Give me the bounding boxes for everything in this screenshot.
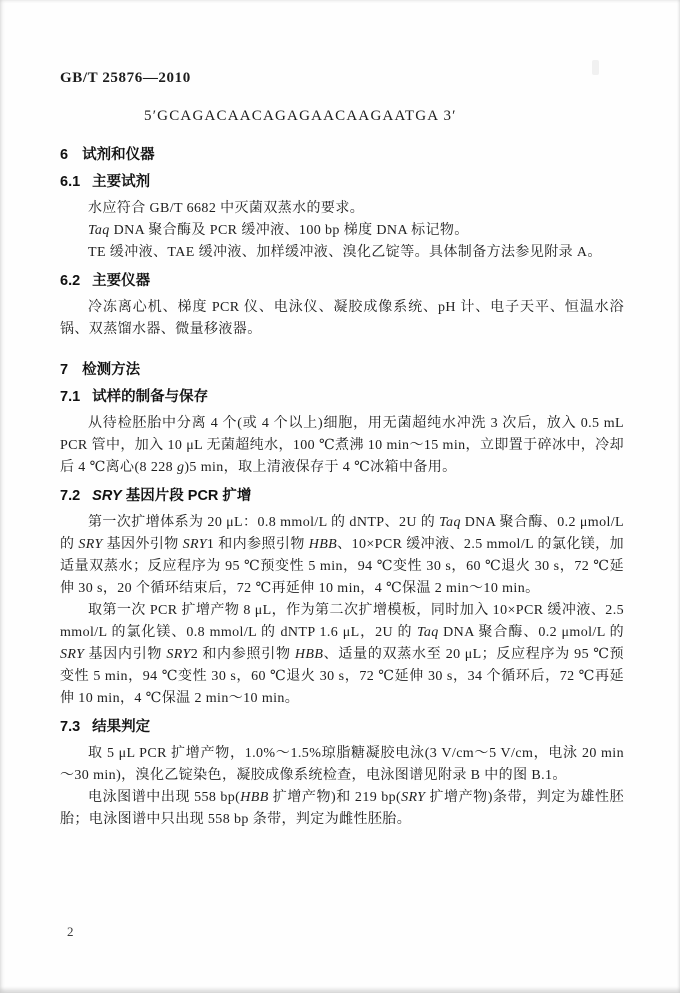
section-6-heading: 6试剂和仪器 bbox=[60, 146, 624, 165]
section-7-title: 检测方法 bbox=[82, 362, 140, 378]
section-6-2-title: 主要仪器 bbox=[92, 273, 150, 289]
para-buffers: TE 缓冲液、TAE 缓冲液、加样缓冲液、溴化乙锭等。具体制备方法参见附录 A。 bbox=[60, 242, 624, 264]
para-instruments: 冷冻离心机、梯度 PCR 仪、电泳仪、凝胶成像系统、pH 计、电子天平、恒温水浴… bbox=[60, 297, 624, 341]
section-7-number: 7 bbox=[60, 362, 68, 378]
para-first-amplification: 第一次扩增体系为 20 μL：0.8 mmol/L 的 dNTP、2U 的 Ta… bbox=[60, 512, 624, 600]
section-6-1-body: 水应符合 GB/T 6682 中灭菌双蒸水的要求。 Taq DNA 聚合酶及 P… bbox=[60, 198, 624, 264]
page-number: 2 bbox=[67, 924, 74, 939]
section-6-1-heading: 6.1主要试剂 bbox=[60, 173, 624, 192]
section-7-2-heading: 7.2SRY 基因片段 PCR 扩增 bbox=[60, 487, 624, 506]
para-taq-reagents: Taq DNA 聚合酶及 PCR 缓冲液、100 bp 梯度 DNA 标记物。 bbox=[60, 220, 624, 242]
section-7-3-title: 结果判定 bbox=[92, 719, 150, 735]
section-7-3-number: 7.3 bbox=[60, 719, 80, 735]
section-6-number: 6 bbox=[60, 147, 68, 163]
para-second-amplification: 取第一次 PCR 扩增产物 8 μL，作为第二次扩增模板，同时加入 10×PCR… bbox=[60, 600, 624, 710]
scanned-document-page: GB/T 25876—2010 5′GCAGACAACAGAGAACAAGAAT… bbox=[0, 0, 680, 993]
section-6-2-body: 冷冻离心机、梯度 PCR 仪、电泳仪、凝胶成像系统、pH 计、电子天平、恒温水浴… bbox=[60, 297, 624, 341]
section-7-heading: 7检测方法 bbox=[60, 361, 624, 380]
section-7-1-title: 试样的制备与保存 bbox=[92, 389, 208, 405]
section-6-title: 试剂和仪器 bbox=[82, 147, 155, 163]
section-6-2-number: 6.2 bbox=[60, 273, 80, 289]
primer-sequence: 5′GCAGACAACAGAGAACAAGAATGA 3′ bbox=[60, 107, 624, 126]
para-water-requirement: 水应符合 GB/T 6682 中灭菌双蒸水的要求。 bbox=[60, 198, 624, 220]
section-6-1-number: 6.1 bbox=[60, 174, 80, 190]
section-7-1-body: 从待检胚胎中分离 4 个(或 4 个以上)细胞，用无菌超纯水冲洗 3 次后，放入… bbox=[60, 413, 624, 479]
section-7-2-title: SRY 基因片段 PCR 扩增 bbox=[92, 488, 251, 504]
page-content: GB/T 25876—2010 5′GCAGACAACAGAGAACAAGAAT… bbox=[60, 70, 624, 831]
para-electrophoresis: 取 5 μL PCR 扩增产物，1.0%～1.5%琼脂糖凝胶电泳(3 V/cm～… bbox=[60, 743, 624, 787]
section-7-3-body: 取 5 μL PCR 扩增产物，1.0%～1.5%琼脂糖凝胶电泳(3 V/cm～… bbox=[60, 743, 624, 831]
section-7-1-heading: 7.1试样的制备与保存 bbox=[60, 388, 624, 407]
section-6-1-title: 主要试剂 bbox=[92, 174, 150, 190]
para-sample-preparation: 从待检胚胎中分离 4 个(或 4 个以上)细胞，用无菌超纯水冲洗 3 次后，放入… bbox=[60, 413, 624, 479]
standard-number: GB/T 25876—2010 bbox=[60, 70, 624, 87]
section-7-2-body: 第一次扩增体系为 20 μL：0.8 mmol/L 的 dNTP、2U 的 Ta… bbox=[60, 512, 624, 710]
section-7-2-number: 7.2 bbox=[60, 488, 80, 504]
section-7-1-number: 7.1 bbox=[60, 389, 80, 405]
section-6-2-heading: 6.2主要仪器 bbox=[60, 272, 624, 291]
para-result-interpretation: 电泳图谱中出现 558 bp(HBB 扩增产物)和 219 bp(SRY 扩增产… bbox=[60, 787, 624, 831]
section-7-3-heading: 7.3结果判定 bbox=[60, 718, 624, 737]
